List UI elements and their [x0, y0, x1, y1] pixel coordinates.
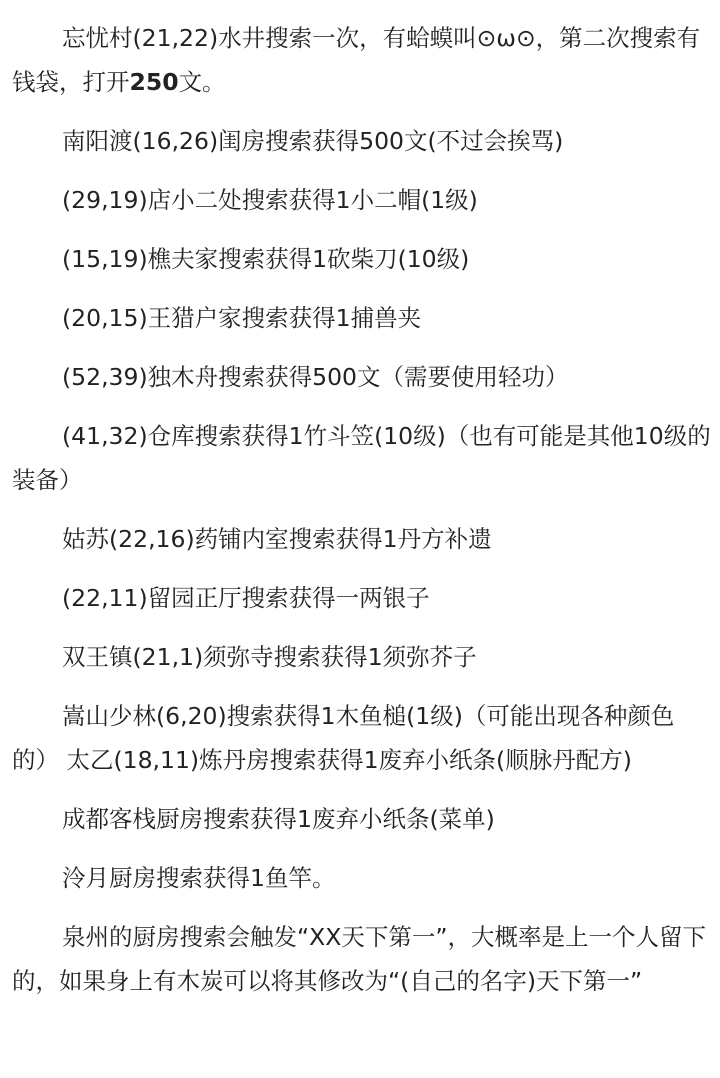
paragraph-quanzhou-kitchen: 泉州的厨房搜索会触发“XX天下第一”，大概率是上一个人留下的，如果身上有木炭可以…: [12, 915, 712, 1003]
paragraph-hunter-wang: (20,15)王猎户家搜索获得1捕兽夹: [12, 296, 712, 340]
paragraph-liuyuan-hall: (22,11)留园正厅搜索获得一两银子: [12, 576, 712, 620]
money-amount-bold: 250: [130, 68, 179, 96]
document-body: 忘忧村(21,22)水井搜索一次，有蛤蟆叫⊙ω⊙，第二次搜索有钱袋，打开250文…: [12, 16, 712, 1018]
paragraph-chengdu-inn: 成都客栈厨房搜索获得1废弃小纸条(菜单): [12, 797, 712, 841]
paragraph-waiter-hat: (29,19)店小二处搜索获得1小二帽(1级): [12, 178, 712, 222]
paragraph-shuangwang-temple: 双王镇(21,1)须弥寺搜索获得1须弥芥子: [12, 635, 712, 679]
paragraph-lengyue-kitchen: 泠月厨房搜索获得1鱼竿。: [12, 856, 712, 900]
paragraph-wangyou-village: 忘忧村(21,22)水井搜索一次，有蛤蟆叫⊙ω⊙，第二次搜索有钱袋，打开250文…: [12, 16, 712, 104]
paragraph-gusu-pharmacy: 姑苏(22,16)药铺内室搜索获得1丹方补遗: [12, 517, 712, 561]
paragraph-text: 文。: [179, 68, 226, 96]
paragraph-text: 忘忧村(21,22)水井搜索一次，有蛤蟆叫⊙ω⊙，第二次搜索有钱袋，打开: [12, 24, 700, 96]
paragraph-shaolin-taiyi: 嵩山少林(6,20)搜索获得1木鱼槌(1级)（可能出现各种颜色的） 太乙(18,…: [12, 694, 712, 782]
paragraph-canoe: (52,39)独木舟搜索获得500文（需要使用轻功）: [12, 355, 712, 399]
paragraph-warehouse: (41,32)仓库搜索获得1竹斗笠(10级)（也有可能是其他10级的装备）: [12, 414, 712, 502]
paragraph-woodcutter: (15,19)樵夫家搜索获得1砍柴刀(10级): [12, 237, 712, 281]
paragraph-nanyang-ferry: 南阳渡(16,26)闺房搜索获得500文(不过会挨骂): [12, 119, 712, 163]
